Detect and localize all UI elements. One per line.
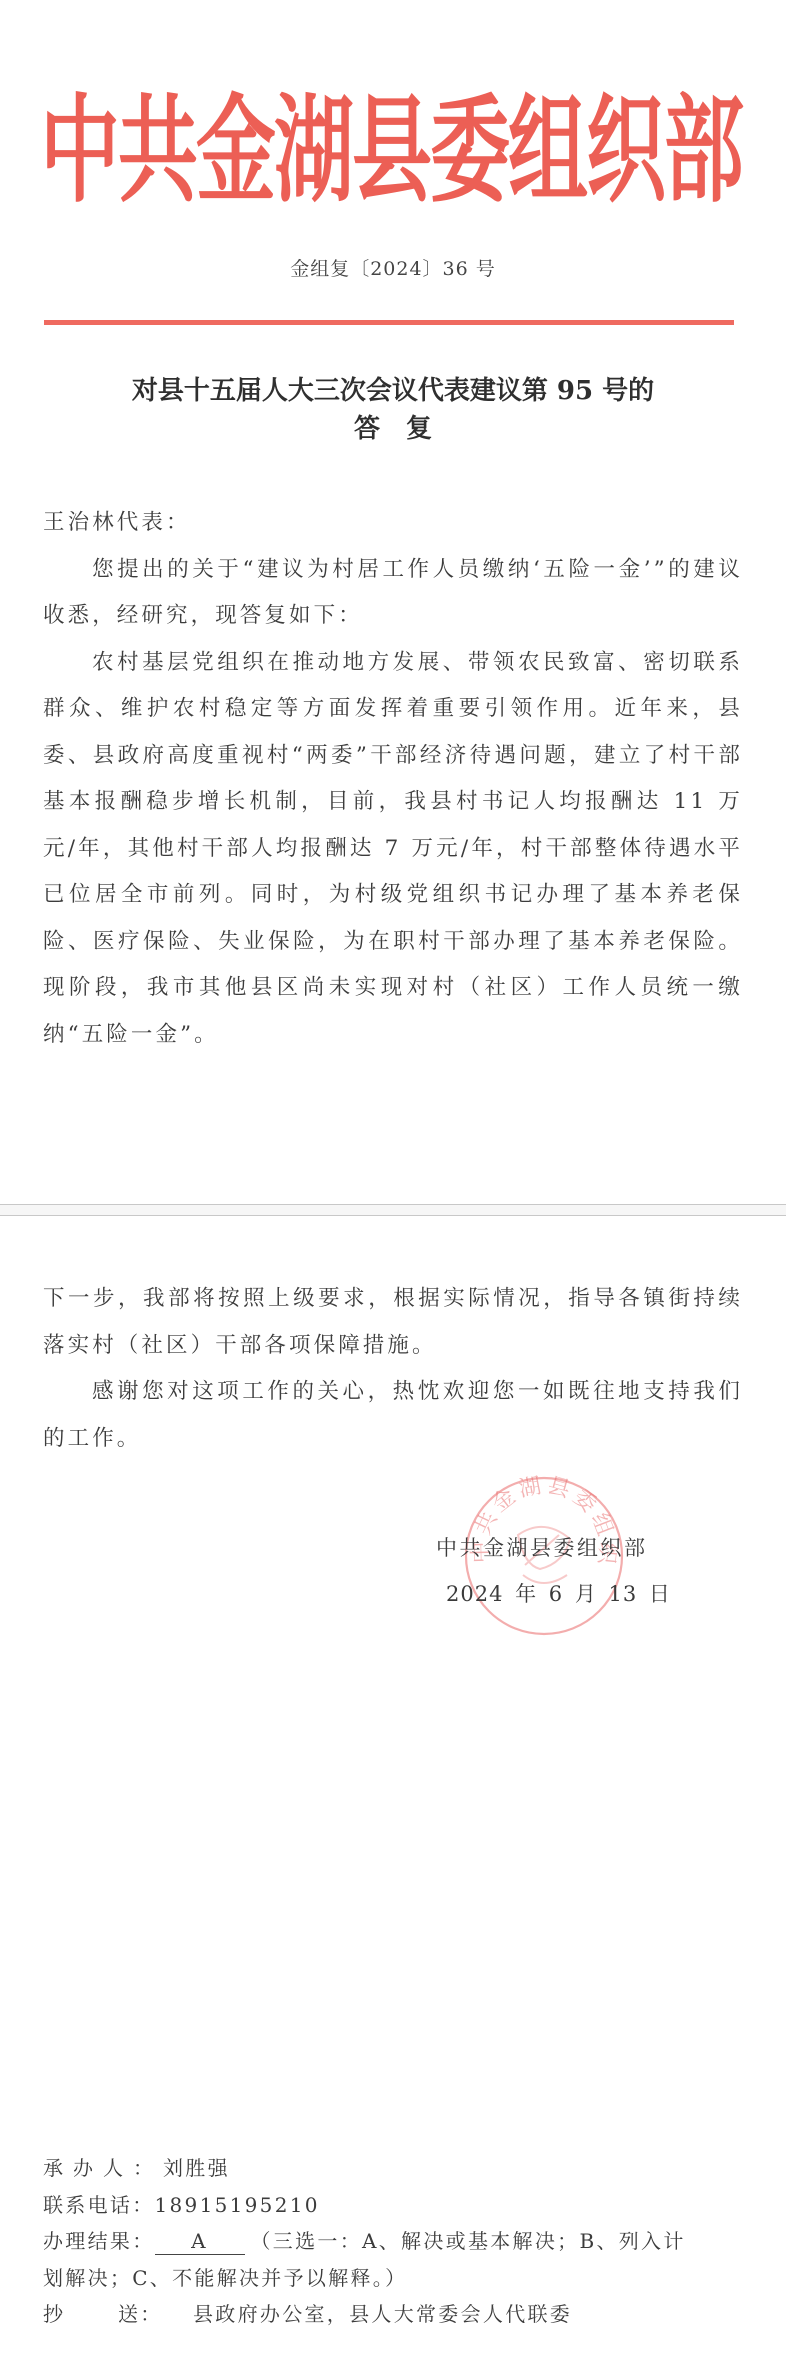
cc-label: 抄送： bbox=[43, 2296, 193, 2333]
letterhead-char: 中 bbox=[40, 60, 116, 241]
letterhead-char: 金 bbox=[196, 60, 272, 241]
page-1-body: 王治林代表： 您提出的关于“建议为村居工作人员缴纳‘五险一金’”的建议收悉，经研… bbox=[43, 500, 743, 1058]
letterhead-char: 湖 bbox=[274, 60, 350, 241]
result-options: （三选一：A、解决或基本解决；B、列入计 bbox=[251, 2229, 686, 2253]
letterhead-char: 委 bbox=[430, 60, 506, 241]
title-line-2: 答复 bbox=[0, 410, 786, 448]
result-row: 办理结果：A（三选一：A、解决或基本解决；B、列入计 bbox=[43, 2223, 763, 2260]
signature-date: 2024 年 6 月 13 日 bbox=[446, 1578, 671, 1608]
cc-label-part-1: 抄 bbox=[43, 2296, 118, 2333]
page-2-body: 下一步，我部将按照上级要求，根据实际情况，指导各镇街持续落实村（社区）干部各项保… bbox=[43, 1276, 743, 1462]
letterhead-char: 组 bbox=[508, 60, 584, 241]
red-divider-line bbox=[44, 320, 734, 325]
cc-recipients: 县政府办公室，县人大常委会人代联委 bbox=[193, 2302, 572, 2326]
phone-number: 18915195210 bbox=[155, 2193, 320, 2217]
body-paragraph: 下一步，我部将按照上级要求，根据实际情况，指导各镇街持续落实村（社区）干部各项保… bbox=[43, 1276, 743, 1369]
letterhead-char: 县 bbox=[352, 60, 428, 241]
body-paragraph: 农村基层党组织在推动地方发展、带领农民致富、密切联系群众、维护农村稳定等方面发挥… bbox=[43, 640, 743, 1059]
document-number: 金组复〔2024〕36 号 bbox=[0, 254, 786, 281]
phone-row: 联系电话：18915195210 bbox=[43, 2187, 763, 2224]
cc-label-part-2: 送： bbox=[118, 2302, 163, 2326]
footer-info: 承办人：刘胜强 联系电话：18915195210 办理结果：A（三选一：A、解决… bbox=[43, 2150, 763, 2333]
letterhead-char: 织 bbox=[586, 60, 662, 241]
phone-label: 联系电话： bbox=[43, 2193, 155, 2217]
result-options-line-2: 划解决；C、不能解决并予以解释。） bbox=[43, 2266, 407, 2290]
document-title: 对县十五届人大三次会议代表建议第 95 号的 答复 bbox=[0, 372, 786, 448]
result-options-continued: 划解决；C、不能解决并予以解释。） bbox=[43, 2260, 763, 2297]
signature-organization: 中共金湖县委组织部 bbox=[436, 1532, 648, 1562]
body-paragraph: 感谢您对这项工作的关心，热忱欢迎您一如既往地支持我们的工作。 bbox=[43, 1369, 743, 1462]
title-line-1: 对县十五届人大三次会议代表建议第 95 号的 bbox=[0, 372, 786, 410]
handler-label: 承办人： bbox=[43, 2156, 163, 2180]
result-value: A bbox=[155, 2228, 245, 2255]
handler-row: 承办人：刘胜强 bbox=[43, 2150, 763, 2187]
letterhead-title: 中 共 金 湖 县 委 组 织 部 bbox=[40, 60, 740, 241]
cc-row: 抄送：县政府办公室，县人大常委会人代联委 bbox=[43, 2296, 763, 2333]
letterhead-char: 部 bbox=[664, 60, 740, 241]
letterhead-char: 共 bbox=[118, 60, 194, 241]
salutation: 王治林代表： bbox=[43, 500, 743, 547]
page-separator bbox=[0, 1204, 786, 1216]
result-label: 办理结果： bbox=[43, 2229, 155, 2253]
handler-name: 刘胜强 bbox=[163, 2156, 230, 2180]
body-paragraph: 您提出的关于“建议为村居工作人员缴纳‘五险一金’”的建议收悉，经研究，现答复如下… bbox=[43, 547, 743, 640]
